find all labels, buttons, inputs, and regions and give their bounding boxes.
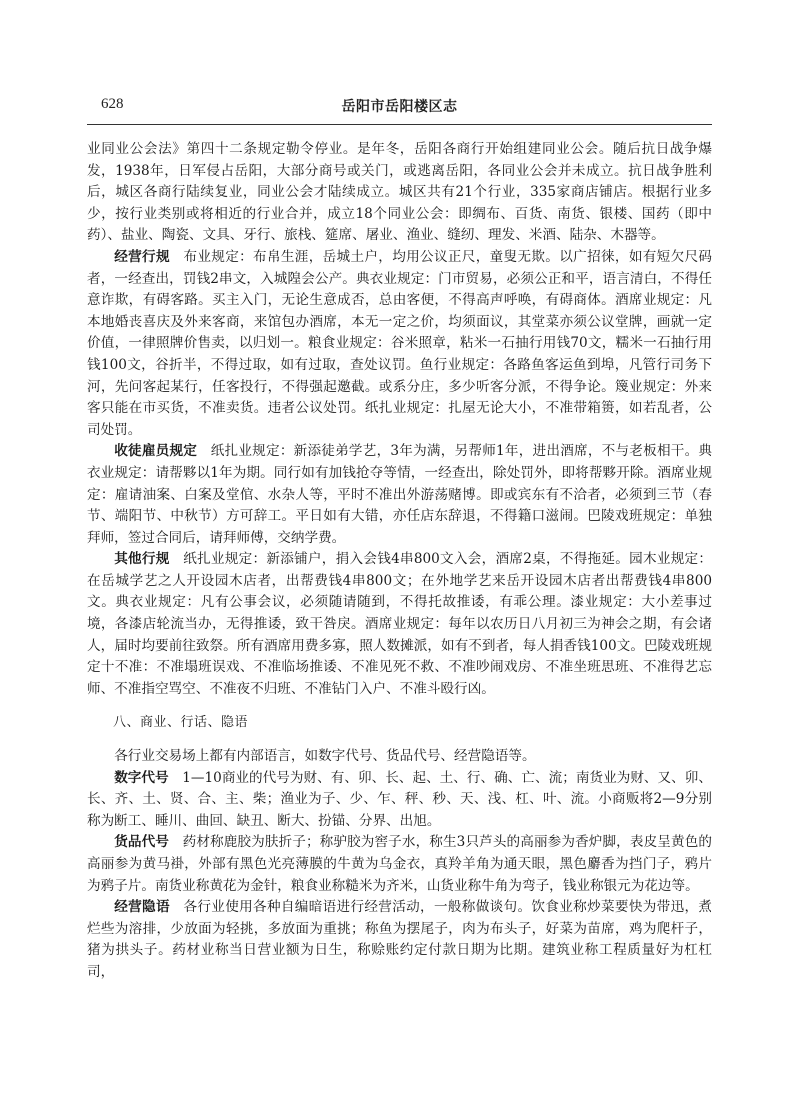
running-header: 628 岳阳市岳阳楼区志	[87, 94, 712, 125]
paragraph-continuation: 业同业公会法》第四十二条规定勒令停业。是年冬，岳阳各商行开始组建同业公会。随后抗…	[87, 139, 712, 247]
paragraph-trade-slang: 经营隐语各行业使用各种自编暗语进行经营活动，一般称做谈句。饮食业称炒菜要快为带迅…	[87, 897, 712, 983]
paragraph-other-rules: 其他行规纸扎业规定：新添铺户，捐入会钱4串800文入会，酒席2桌，不得拖延。园木…	[87, 549, 712, 700]
paragraph-text: 布业规定：布帛生涯，岳城土户，均用公议正尺，童叟无欺。以广招徕，如有短欠尺码者，…	[87, 249, 712, 438]
body-text: 业同业公会法》第四十二条规定勒令停业。是年冬，岳阳各商行开始组建同业公会。随后抗…	[87, 139, 712, 984]
paragraph-text: 1—10商业的代号为财、有、卯、长、起、土、行、确、亡、流；南货业为财、又、卯、…	[87, 770, 712, 829]
run-in-heading: 其他行规	[114, 551, 169, 567]
paragraph-business-rules: 经营行规布业规定：布帛生涯，岳城土户，均用公议正尺，童叟无欺。以广招徕，如有短欠…	[87, 247, 712, 441]
paragraph-text: 药材称鹿胶为肤折子；称驴胶为窖子水，称生3只芦头的高丽参为香炉脚，表皮呈黄色的高…	[87, 834, 712, 893]
paragraph-number-codes: 数字代号1—10商业的代号为财、有、卯、长、起、土、行、确、亡、流；南货业为财、…	[87, 768, 712, 833]
paragraph-text: 各行业使用各种自编暗语进行经营活动，一般称做谈句。饮食业称炒菜要快为带迅，煮烂些…	[87, 899, 712, 980]
section-heading: 八、商业、行话、隐语	[87, 712, 712, 734]
book-title: 岳阳市岳阳楼区志	[87, 96, 712, 116]
run-in-heading: 收徒雇员规定	[114, 443, 197, 459]
paragraph-text: 各行业交易场上都有内部语言，如数字代号、货品代号、经营隐语等。	[114, 748, 535, 764]
run-in-heading: 经营隐语	[114, 899, 170, 915]
run-in-heading: 数字代号	[114, 770, 168, 786]
paragraph-apprentice-rules: 收徒雇员规定纸扎业规定：新添徒弟学艺，3年为满，另帮师1年，进出酒席，不与老板相…	[87, 441, 712, 549]
run-in-heading: 货品代号	[114, 834, 169, 850]
paragraph-goods-codes: 货品代号药材称鹿胶为肤折子；称驴胶为窖子水，称生3只芦头的高丽参为香炉脚，表皮呈…	[87, 832, 712, 897]
run-in-heading: 经营行规	[114, 249, 170, 265]
paragraph-intro: 各行业交易场上都有内部语言，如数字代号、货品代号、经营隐语等。	[87, 746, 712, 768]
paragraph-text: 业同业公会法》第四十二条规定勒令停业。是年冬，岳阳各商行开始组建同业公会。随后抗…	[87, 141, 712, 243]
paragraph-text: 纸扎业规定：新添铺户，捐入会钱4串800文入会，酒席2桌，不得拖延。园木业规定：…	[87, 551, 712, 697]
